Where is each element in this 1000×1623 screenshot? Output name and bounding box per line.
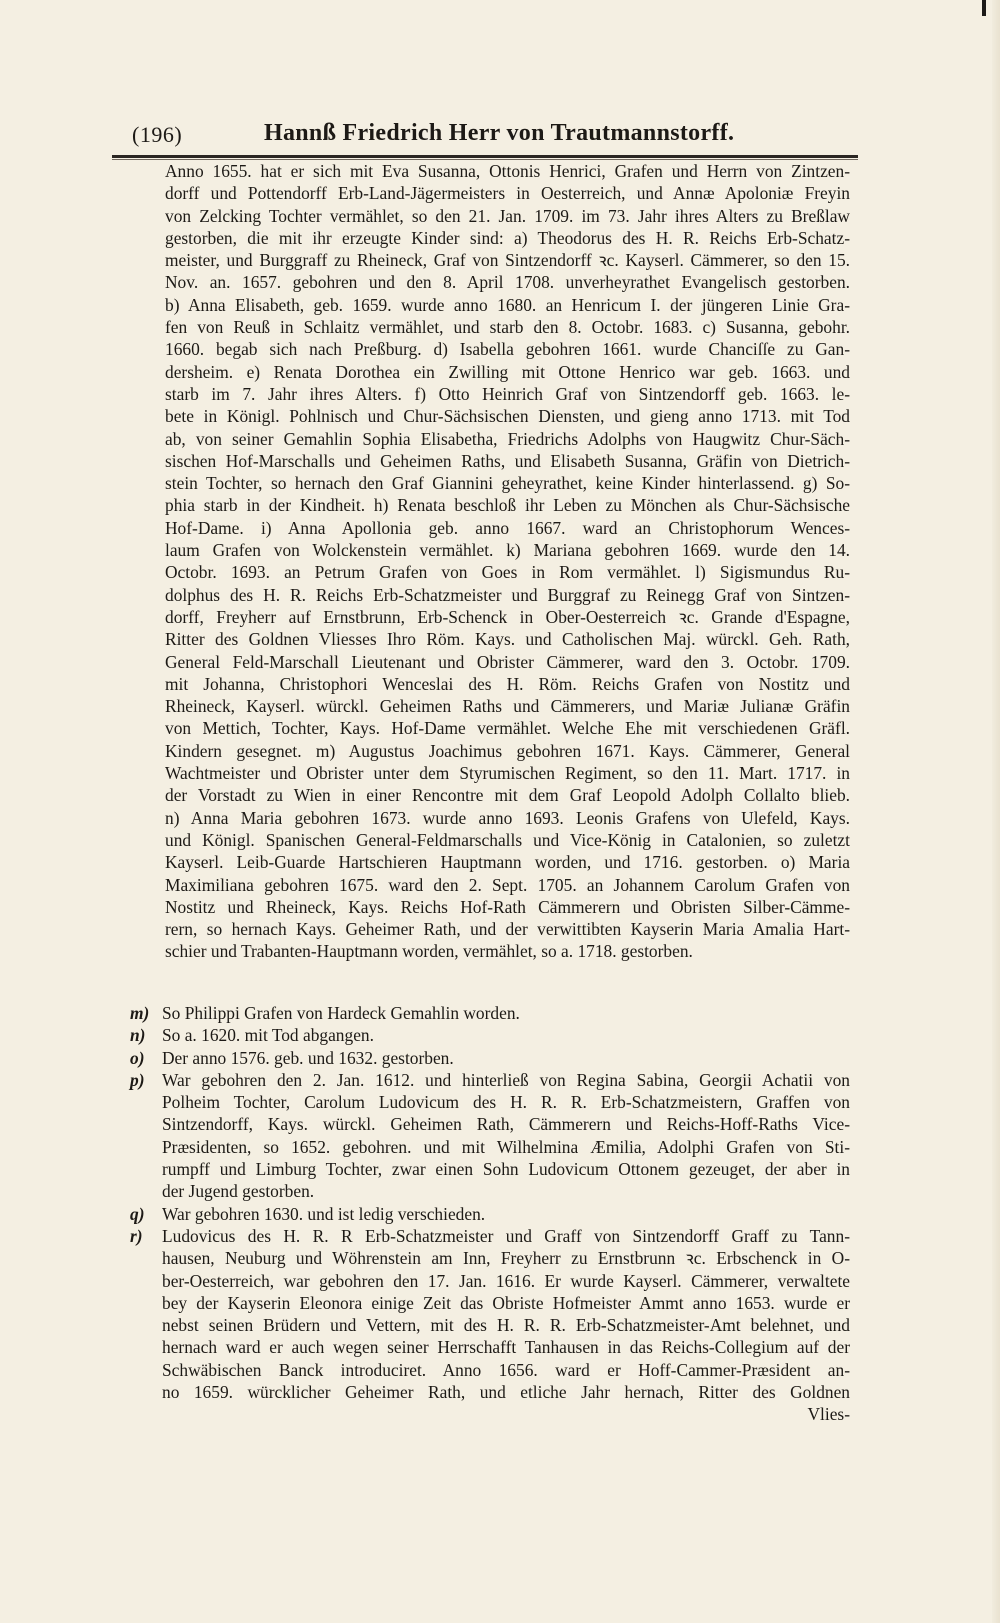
- text-line: meister, und Burggraff zu Rheineck, Graf…: [165, 249, 850, 271]
- page-number: (196): [132, 122, 182, 148]
- text-line: laum Grafen von Wolckenstein vermählet. …: [165, 539, 850, 561]
- text-line: mit Johanna, Christophori Wenceslai des …: [165, 673, 850, 695]
- running-title: Hannß Friedrich Herr von Trautmannstorff…: [264, 120, 734, 147]
- footnote: o)Der anno 1576. geb. und 1632. gestorbe…: [130, 1047, 850, 1069]
- footnote-marker: m): [130, 1002, 149, 1024]
- text-line: sischen Hof-Marschalls und Geheimen Rath…: [165, 450, 850, 472]
- text-line: stein Tochter, so hernach den Graf Giann…: [165, 472, 850, 494]
- text-line: und Königl. Spanischen General-Feldmarsc…: [165, 829, 850, 851]
- footnote: r)Ludovicus des H. R. R Erb-Schatzmeiste…: [130, 1225, 850, 1403]
- text-line: General Feld-Marschall Lieutenant und Ob…: [165, 651, 850, 673]
- text-line: Hof-Dame. i) Anna Apollonia geb. anno 16…: [165, 517, 850, 539]
- text-line: rern, so hernach Kays. Geheimer Rath, un…: [165, 918, 850, 940]
- footnote-marker: o): [130, 1047, 145, 1069]
- footnote-line: Polheim Tochter, Carolum Ludovicum des H…: [162, 1091, 850, 1113]
- footnote: n)So a. 1620. mit Tod abgangen.: [130, 1024, 850, 1046]
- header-rule: [112, 155, 858, 158]
- main-text: Anno 1655. hat er sich mit Eva Susanna, …: [165, 160, 850, 963]
- text-line: Ritter des Goldnen Vliesses Ihro Röm. Ka…: [165, 628, 850, 650]
- text-line: Nostitz und Rheineck, Kays. Reichs Hof-R…: [165, 896, 850, 918]
- text-line: von Zelcking Tochter vermählet, so den 2…: [165, 205, 850, 227]
- text-line: fen von Reuß in Schlaitz vermählet, und …: [165, 316, 850, 338]
- footnote-line: nebst seinen Brüdern und Vettern, mit de…: [162, 1314, 850, 1336]
- text-line: starb im 7. Jahr ihres Alters. f) Otto H…: [165, 383, 850, 405]
- footnote-line: ber-Oesterreich, war gebohren den 17. Ja…: [162, 1270, 850, 1292]
- text-line: Wachtmeister und Obrister unter dem Styr…: [165, 762, 850, 784]
- footnote-line: Ludovicus des H. R. R Erb-Schatzmeister …: [162, 1225, 850, 1247]
- text-line: b) Anna Elisabeth, geb. 1659. wurde anno…: [165, 294, 850, 316]
- footnote: q)War gebohren 1630. und ist ledig versc…: [130, 1203, 850, 1225]
- page-edge: [992, 0, 1000, 1623]
- text-line: n) Anna Maria gebohren 1673. wurde anno …: [165, 807, 850, 829]
- page-header: (196) Hannß Friedrich Herr von Trautmann…: [132, 118, 852, 154]
- catchword: Vlies-: [130, 1403, 850, 1425]
- footnote-line: Der anno 1576. geb. und 1632. gestorben.: [162, 1047, 850, 1069]
- footnote-line: So Philippi Grafen von Hardeck Gemahlin …: [162, 1002, 850, 1024]
- text-line: dorff und Pottendorff Erb-Land-Jägermeis…: [165, 182, 850, 204]
- footnote: p)War gebohren den 2. Jan. 1612. und hin…: [130, 1069, 850, 1203]
- text-line: gestorben, die mit ihr erzeugte Kinder s…: [165, 227, 850, 249]
- corner-mark: [982, 0, 986, 16]
- text-line: Nov. an. 1657. gebohren und den 8. April…: [165, 271, 850, 293]
- footnote-line: Præsidenten, so 1652. gebohren. und mit …: [162, 1136, 850, 1158]
- footnote-line: Schwäbischen Banck introduciret. Anno 16…: [162, 1359, 850, 1381]
- text-line: Maximiliana gebohren 1675. ward den 2. S…: [165, 874, 850, 896]
- text-line: der Vorstadt zu Wien in einer Rencontre …: [165, 784, 850, 806]
- footnote-line: Sintzendorff, Kays. würckl. Geheimen Rat…: [162, 1113, 850, 1135]
- text-line: Anno 1655. hat er sich mit Eva Susanna, …: [165, 160, 850, 182]
- text-line: ab, von seiner Gemahlin Sophia Elisabeth…: [165, 428, 850, 450]
- footnote-line: bey der Kayserin Eleonora einige Zeit da…: [162, 1292, 850, 1314]
- footnote-line: der Jugend gestorben.: [162, 1180, 850, 1202]
- footnote-line: rumpff und Limburg Tochter, zwar einen S…: [162, 1158, 850, 1180]
- text-line: schier und Trabanten-Hauptmann worden, v…: [165, 940, 850, 962]
- text-line: Kindern gesegnet. m) Augustus Joachimus …: [165, 740, 850, 762]
- text-line: Rheineck, Kayserl. würckl. Geheimen Rath…: [165, 695, 850, 717]
- text-line: dersheim. e) Renata Dorothea ein Zwillin…: [165, 361, 850, 383]
- text-line: dolphus des H. R. Reichs Erb-Schatzmeist…: [165, 584, 850, 606]
- footnote-marker: p): [130, 1069, 145, 1091]
- text-line: phia starb in der Kindheit. h) Renata be…: [165, 494, 850, 516]
- footnote-line: So a. 1620. mit Tod abgangen.: [162, 1024, 850, 1046]
- text-line: 1660. begab sich nach Preßburg. d) Isabe…: [165, 338, 850, 360]
- text-line: Octobr. 1693. an Petrum Grafen von Goes …: [165, 561, 850, 583]
- footnote-line: hernach ward er auch wegen seiner Herrsc…: [162, 1336, 850, 1358]
- footnote-marker: n): [130, 1024, 145, 1046]
- text-line: Kayserl. Leib-Guarde Hartschieren Hauptm…: [165, 851, 850, 873]
- footnote-line: War gebohren den 2. Jan. 1612. und hinte…: [162, 1069, 850, 1091]
- footnote-line: hausen, Neuburg und Wöhrenstein am Inn, …: [162, 1247, 850, 1269]
- footnote-marker: q): [130, 1203, 145, 1225]
- text-line: dorff, Freyherr auf Ernstbrunn, Erb-Sche…: [165, 606, 850, 628]
- footnote-line: War gebohren 1630. und ist ledig verschi…: [162, 1203, 850, 1225]
- text-line: von Mettich, Tochter, Kays. Hof-Dame ver…: [165, 717, 850, 739]
- footnotes: m)So Philippi Grafen von Hardeck Gemahli…: [130, 1002, 850, 1426]
- footnote-marker: r): [130, 1225, 143, 1247]
- text-line: bete in Königl. Pohlnisch und Chur-Sächs…: [165, 405, 850, 427]
- footnote-line: no 1659. würcklicher Geheimer Rath, und …: [162, 1381, 850, 1403]
- footnote: m)So Philippi Grafen von Hardeck Gemahli…: [130, 1002, 850, 1024]
